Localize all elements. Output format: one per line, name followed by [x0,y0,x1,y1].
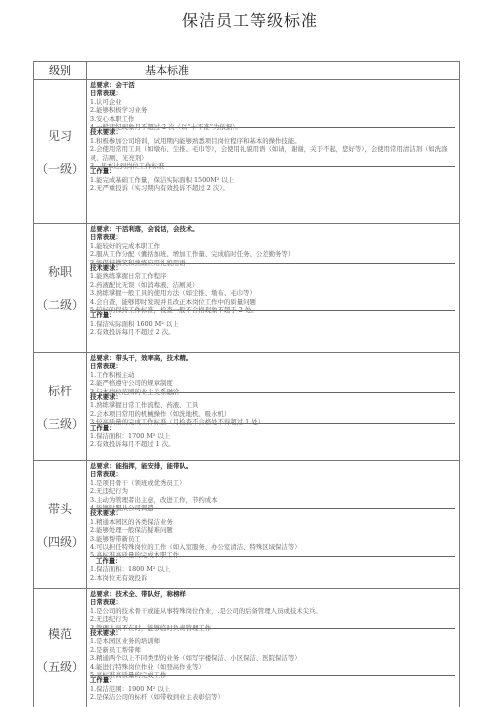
level-grade: （五级） [36,658,84,675]
general-requirement: 总要求：能指挥，能安排，能带队。 [90,462,455,470]
tech-item: 1.积极参加公司培训，试用期内能够熟悉项目岗位程序和基本的操作技能。 [90,137,455,145]
level-name: 称职 [48,263,72,280]
daily-item: 3.主动为管理者出主意，改进工作，节约成本 [90,496,455,504]
daily-item: 3.安心本职工作 [90,115,455,123]
tech-item: 2.会使用常用工具（如墩布、尘推、毛巾等），会使用礼貌用语（如请，谢谢，关于不起… [90,145,455,162]
daily-block: 总要求：能指挥，能安排，能带队。 日常表现： 1.是项目骨干（领班或优秀员工） … [90,462,455,512]
level-grade: （二级） [36,296,84,313]
standard-cell: 总要求：技术全、带队好，称榜样 日常表现： 1.是公司的技术骨干或能从事特殊岗位… [87,589,459,707]
daily-label: 日常表现： [90,470,455,478]
tech-block: 技术要求： 1.精通本园区的各类保洁业务 2.能够处理一般保洁疑难问题 3.能够… [90,508,455,559]
tech-item: 1.能熟练掌握日常工作程序 [90,272,455,280]
level-name: 标杆 [48,382,72,399]
table-row-level-2: 称职 （二级） 总要求：干活利落，会说话，会技术。 日常表现： 1.能较好的完成… [34,224,459,353]
tech-item: 1.熟练掌握日常工作流程、药液、工具 [90,401,455,409]
daily-block: 总要求：带头干，效率高，技术精。 日常表现： 1.工作积极主动 2.能严格遵守公… [90,354,455,396]
work-item: 2.有效投诉每月不超过 1 次。 [90,440,455,448]
tech-block: 技术要求： 1.积极参加公司培训，试用期内能够熟悉项目岗位程序和基本的操作技能。… [90,127,455,170]
work-item: 2.本岗位无有效投诉 [90,574,455,582]
tech-label: 技术要求： [90,128,455,136]
work-label: 工作量： [90,167,455,175]
tech-block: 技术要求： 1.能熟练掌握日常工作程序 2.药液配比无误（如消毒液、洁厕灵） 3… [90,263,455,314]
daily-label: 日常表现： [90,89,455,97]
table-row-level-4: 带头 （四级） 总要求：能指挥，能安排，能带队。 日常表现： 1.是项目骨干（领… [34,461,459,589]
standard-cell: 总要求：干活利落，会说话，会技术。 日常表现： 1.能较好的完成本职工作 2.服… [87,224,459,352]
general-requirement: 总要求：会干活 [90,81,455,89]
standard-cell: 总要求：带头干，效率高，技术精。 日常表现： 1.工作积极主动 2.能严格遵守公… [87,353,459,460]
level-cell: 带头 （四级） [34,461,87,588]
daily-block: 总要求：会干活 日常表现： 1.认可企业 2.能够积极学习业务 3.安心本职工作… [90,81,455,131]
tech-item: 3.精通两个以上不同类型的业务（如写字楼保洁、小区保洁、医院保洁等） [90,654,455,662]
daily-block: 总要求：技术全、带队好，称榜样 日常表现： 1.是公司的技术骨干或能从事特殊岗位… [90,590,455,632]
work-block: 工作量： 1.保洁范围：1900 M² 以上 2.是保洁公司的标杆（如带收到业主… [90,675,455,701]
daily-item: 1.工作积极主动 [90,371,455,379]
daily-item: 1.能较好的完成本职工作 [90,242,455,250]
daily-label: 日常表现： [90,233,455,241]
tech-item: 1.是本园区业务的培训师 [90,637,455,645]
standard-cell: 总要求：会干活 日常表现： 1.认可企业 2.能够积极学习业务 3.安心本职工作… [87,80,459,223]
level-grade: （一级） [36,160,84,177]
level-grade: （四级） [36,533,84,550]
general-requirement: 总要求：带头干，效率高，技术精。 [90,354,455,362]
daily-item: 2.无违纪行为 [90,615,455,623]
work-label: 工作量： [90,311,455,319]
work-label: 工作量： [90,676,455,684]
level-cell: 模范 （五级） [34,589,87,707]
work-block: 工作量： 1.能完成基础工作量，保洁实际面积 1500M² 以上 2.无严重投诉… [90,166,455,192]
tech-item: 4.能进行特殊岗位作业（如登高作业等） [90,663,455,671]
tech-item: 2.药液配比无误（如消毒液、洁厕灵） [90,281,455,289]
level-cell: 称职 （二级） [34,224,87,352]
level-cell: 标杆 （三级） [34,353,87,460]
level-name: 见习 [48,127,72,144]
tech-item: 2.能够处理一般保洁疑难问题 [90,526,455,534]
table-header: 级别 基本标准 [34,62,459,80]
daily-block: 总要求：干活利落，会说话，会技术。 日常表现： 1.能较好的完成本职工作 2.服… [90,225,455,267]
header-level: 级别 [34,62,87,79]
daily-item: 1.是公司的技术骨干或能从事特殊岗位作业，.是公司的后备管理人员或技术尖兵。 [90,607,455,615]
table-row-level-5: 模范 （五级） 总要求：技术全、带队好，称榜样 日常表现： 1.是公司的技术骨干… [34,589,459,707]
work-item: 1.保洁面积：1800 M² 以上 [90,565,455,573]
daily-item: 1.认可企业 [90,98,455,106]
header-standard: 基本标准 [87,62,459,79]
document-title: 保洁员工等级标准 [0,8,500,31]
daily-item: 2.无违纪行为 [90,487,455,495]
tech-block: 技术要求： 1.熟练掌握日常工作流程、药液、工具 2.会本项目常用的机械操作（如… [90,392,455,427]
level-cell: 见习 （一级） [34,80,87,223]
tech-block: 技术要求： 1.是本园区业务的培训师 2.是新员工帮带师 3.精通两个以上不同类… [90,628,455,679]
standard-cell: 总要求：能指挥，能安排，能带队。 日常表现： 1.是项目骨干（领班或优秀员工） … [87,461,459,588]
work-item: 2.是保洁公司的标杆（如带收到业主表彰信等） [90,693,455,701]
work-block: 工作量： 1.保洁面积：1700 M² 以上 2.有效投诉每月不超过 1 次。 [90,423,455,449]
level-name: 带头 [48,500,72,517]
table-row-level-3: 标杆 （三级） 总要求：带头干，效率高，技术精。 日常表现： 1.工作积极主动 … [34,353,459,461]
grade-standard-table: 级别 基本标准 见习 （一级） 总要求：会干活 日常表现： 1.认可企业 2.能… [33,61,460,707]
tech-item: 3.能够帮带新员工 [90,535,455,543]
level-name: 模范 [48,625,72,642]
daily-item: 2.能够积极学习业务 [90,106,455,114]
work-label: 工作量： [90,424,455,432]
work-item: 2.无严重投诉（实习期内有效投诉不超过 2 次）。 [90,184,455,192]
daily-label: 日常表现： [90,362,455,370]
daily-item: 1.是项目骨干（领班或优秀员工） [90,479,455,487]
tech-item: 1.精通本园区的各类保洁业务 [90,518,455,526]
tech-item: 2.是新员工帮带师 [90,646,455,654]
table-row-level-1: 见习 （一级） 总要求：会干活 日常表现： 1.认可企业 2.能够积极学习业务 … [34,80,459,224]
tech-label: 技术要求： [90,509,455,517]
general-requirement: 总要求：技术全、带队好，称榜样 [90,590,455,598]
daily-item: 2.服从工作分配（囊括加班、增加工作量、完成临时任务、公差勤务等） [90,250,455,258]
tech-item: 4.会自查，能够即时发现并且改正本岗位工作中的质量问题 [90,298,455,306]
daily-label: 日常表现： [90,598,455,606]
tech-item: 2.会本项目常用的机械操作（如洗地机、吸水机） [90,410,455,418]
work-item: 2.有效投诉每月不超过 2 次。 [90,328,455,336]
level-grade: （三级） [36,415,84,432]
work-block: 工作量： 1.保洁实际面积 1600 M² 以上 2.有效投诉每月不超过 2 次… [90,310,455,336]
tech-item: 3.熟练掌握一般工具的使用方法（如尘推、墩布、毛巾等） [90,289,455,297]
general-requirement: 总要求：干活利落，会说话，会技术。 [90,225,455,233]
daily-item: 2.能严格遵守公司的规章制度 [90,379,455,387]
work-block: 工作量： 1.保洁面积：1800 M² 以上 2.本岗位无有效投诉 [90,556,455,582]
